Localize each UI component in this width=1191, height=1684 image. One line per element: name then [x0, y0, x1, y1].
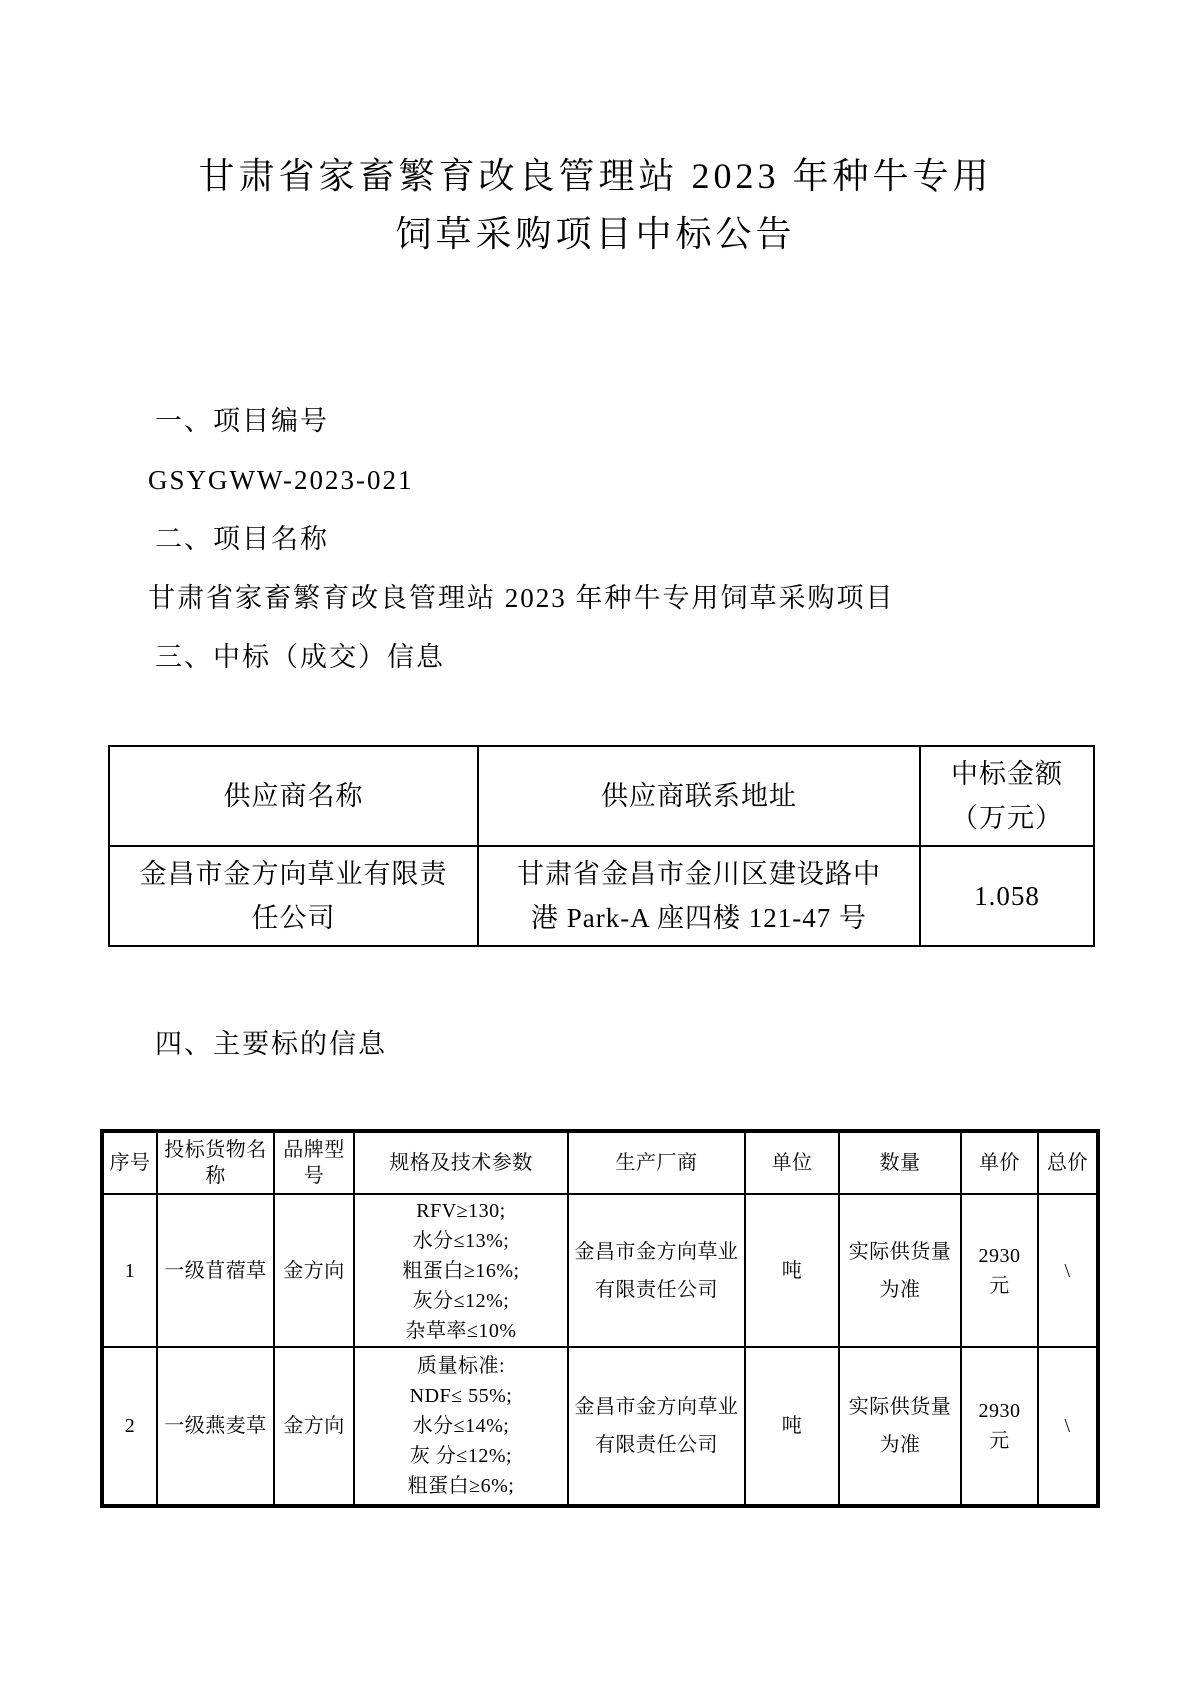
cell-serial: 2	[102, 1347, 157, 1506]
items-header-unit-price: 单价	[961, 1131, 1038, 1194]
cell-quantity: 实际供货量为准	[839, 1347, 961, 1506]
document-title-line-1: 甘肃省家畜繁育改良管理站 2023 年种牛专用	[0, 147, 1191, 205]
cell-supplier-address: 甘肃省金昌市金川区建设路中港 Park-A 座四楼 121-47 号	[478, 846, 920, 946]
items-header-unit: 单位	[745, 1131, 839, 1194]
items-header-total-price: 总价	[1038, 1131, 1098, 1194]
cell-unit-price: 2930 元	[961, 1194, 1038, 1347]
cell-total-price: \	[1038, 1347, 1098, 1506]
items-table: 序号 投标货物名称 品牌型号 规格及技术参数 生产厂商 单位 数量 单价 总价 …	[100, 1129, 1100, 1508]
document-body-text: 一、项目编号 GSYGWW-2023-021 二、项目名称 甘肃省家畜繁育改良管…	[148, 392, 1131, 687]
items-header-serial: 序号	[102, 1131, 157, 1194]
document-title: 甘肃省家畜繁育改良管理站 2023 年种牛专用 饲草采购项目中标公告	[0, 147, 1191, 263]
cell-total-price: \	[1038, 1194, 1098, 1347]
document-title-line-2: 饲草采购项目中标公告	[0, 205, 1191, 263]
award-header-supplier-address: 供应商联系地址	[478, 746, 920, 846]
document-page: 甘肃省家畜繁育改良管理站 2023 年种牛专用 饲草采购项目中标公告 一、项目编…	[0, 0, 1191, 1684]
cell-goods-name: 一级苜蓿草	[157, 1194, 274, 1347]
section-1-heading: 一、项目编号	[148, 392, 1131, 451]
items-table-row: 1 一级苜蓿草 金方向 RFV≥130; 水分≤13%; 粗蛋白≥16%; 灰分…	[102, 1194, 1098, 1347]
cell-unit: 吨	[745, 1347, 839, 1506]
award-header-supplier-name: 供应商名称	[109, 746, 478, 846]
award-table-row: 金昌市金方向草业有限责任公司 甘肃省金昌市金川区建设路中港 Park-A 座四楼…	[109, 846, 1094, 946]
items-table-row: 2 一级燕麦草 金方向 质量标准: NDF≤ 55%; 水分≤14%; 灰 分≤…	[102, 1347, 1098, 1506]
cell-supplier-name: 金昌市金方向草业有限责任公司	[109, 846, 478, 946]
cell-goods-name: 一级燕麦草	[157, 1347, 274, 1506]
items-header-manufacturer: 生产厂商	[568, 1131, 745, 1194]
cell-manufacturer: 金昌市金方向草业有限责任公司	[568, 1347, 745, 1506]
award-info-table: 供应商名称 供应商联系地址 中标金额（万元） 金昌市金方向草业有限责任公司 甘肃…	[108, 745, 1095, 947]
items-table-header-row: 序号 投标货物名称 品牌型号 规格及技术参数 生产厂商 单位 数量 单价 总价	[102, 1131, 1098, 1194]
cell-unit-price: 2930 元	[961, 1347, 1038, 1506]
project-name-value: 甘肃省家畜繁育改良管理站 2023 年种牛专用饲草采购项目	[148, 569, 1131, 628]
section-3-heading: 三、中标（成交）信息	[148, 628, 1131, 687]
cell-serial: 1	[102, 1194, 157, 1347]
cell-unit: 吨	[745, 1194, 839, 1347]
cell-specs: RFV≥130; 水分≤13%; 粗蛋白≥16%; 灰分≤12%; 杂草率≤10…	[354, 1194, 568, 1347]
items-header-quantity: 数量	[839, 1131, 961, 1194]
items-header-brand-model: 品牌型号	[274, 1131, 354, 1194]
cell-manufacturer: 金昌市金方向草业有限责任公司	[568, 1194, 745, 1347]
cell-quantity: 实际供货量为准	[839, 1194, 961, 1347]
section-4-heading: 四、主要标的信息	[155, 1029, 1191, 1059]
items-header-specs: 规格及技术参数	[354, 1131, 568, 1194]
award-header-amount: 中标金额（万元）	[920, 746, 1094, 846]
cell-brand-model: 金方向	[274, 1347, 354, 1506]
cell-brand-model: 金方向	[274, 1194, 354, 1347]
section-2-heading: 二、项目名称	[148, 510, 1131, 569]
project-number-value: GSYGWW-2023-021	[148, 451, 1131, 510]
cell-specs: 质量标准: NDF≤ 55%; 水分≤14%; 灰 分≤12%; 粗蛋白≥6%;	[354, 1347, 568, 1506]
award-table-header-row: 供应商名称 供应商联系地址 中标金额（万元）	[109, 746, 1094, 846]
cell-award-amount: 1.058	[920, 846, 1094, 946]
items-header-goods-name: 投标货物名称	[157, 1131, 274, 1194]
